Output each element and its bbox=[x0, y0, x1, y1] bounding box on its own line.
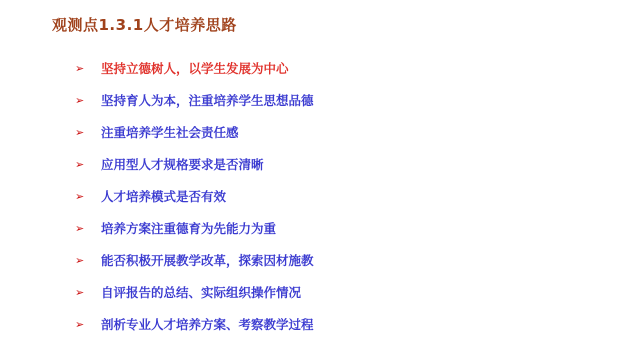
list-item-text: 应用型人才规格要求是否清晰 bbox=[101, 155, 264, 173]
list-item: ➢ 能否积极开展教学改革，探索因材施教 bbox=[75, 244, 314, 276]
list-item: ➢ 人才培养模式是否有效 bbox=[75, 180, 314, 212]
list-item-text: 注重培养学生社会责任感 bbox=[101, 123, 239, 141]
arrow-bullet-icon: ➢ bbox=[75, 318, 101, 331]
bullet-list: ➢ 坚持立德树人，以学生发展为中心 ➢ 坚持育人为本，注重培养学生思想品德 ➢ … bbox=[75, 52, 314, 340]
list-item-text: 人才培养模式是否有效 bbox=[101, 187, 226, 205]
list-item: ➢ 剖析专业人才培养方案、考察教学过程 bbox=[75, 308, 314, 340]
list-item-text: 自评报告的总结、实际组织操作情况 bbox=[101, 283, 301, 301]
arrow-bullet-icon: ➢ bbox=[75, 94, 101, 107]
slide-title: 观测点1.3.1人才培养思路 bbox=[52, 14, 237, 35]
list-item: ➢ 坚持育人为本，注重培养学生思想品德 bbox=[75, 84, 314, 116]
list-item-text: 培养方案注重德育为先能力为重 bbox=[101, 219, 276, 237]
list-item: ➢ 坚持立德树人，以学生发展为中心 bbox=[75, 52, 314, 84]
list-item: ➢ 注重培养学生社会责任感 bbox=[75, 116, 314, 148]
arrow-bullet-icon: ➢ bbox=[75, 190, 101, 203]
arrow-bullet-icon: ➢ bbox=[75, 222, 101, 235]
list-item: ➢ 应用型人才规格要求是否清晰 bbox=[75, 148, 314, 180]
list-item: ➢ 培养方案注重德育为先能力为重 bbox=[75, 212, 314, 244]
arrow-bullet-icon: ➢ bbox=[75, 286, 101, 299]
arrow-bullet-icon: ➢ bbox=[75, 254, 101, 267]
list-item-text: 能否积极开展教学改革，探索因材施教 bbox=[101, 251, 314, 269]
list-item-text: 坚持立德树人，以学生发展为中心 bbox=[101, 59, 289, 77]
arrow-bullet-icon: ➢ bbox=[75, 158, 101, 171]
list-item: ➢ 自评报告的总结、实际组织操作情况 bbox=[75, 276, 314, 308]
arrow-bullet-icon: ➢ bbox=[75, 126, 101, 139]
arrow-bullet-icon: ➢ bbox=[75, 62, 101, 75]
list-item-text: 剖析专业人才培养方案、考察教学过程 bbox=[101, 315, 314, 333]
list-item-text: 坚持育人为本，注重培养学生思想品德 bbox=[101, 91, 314, 109]
